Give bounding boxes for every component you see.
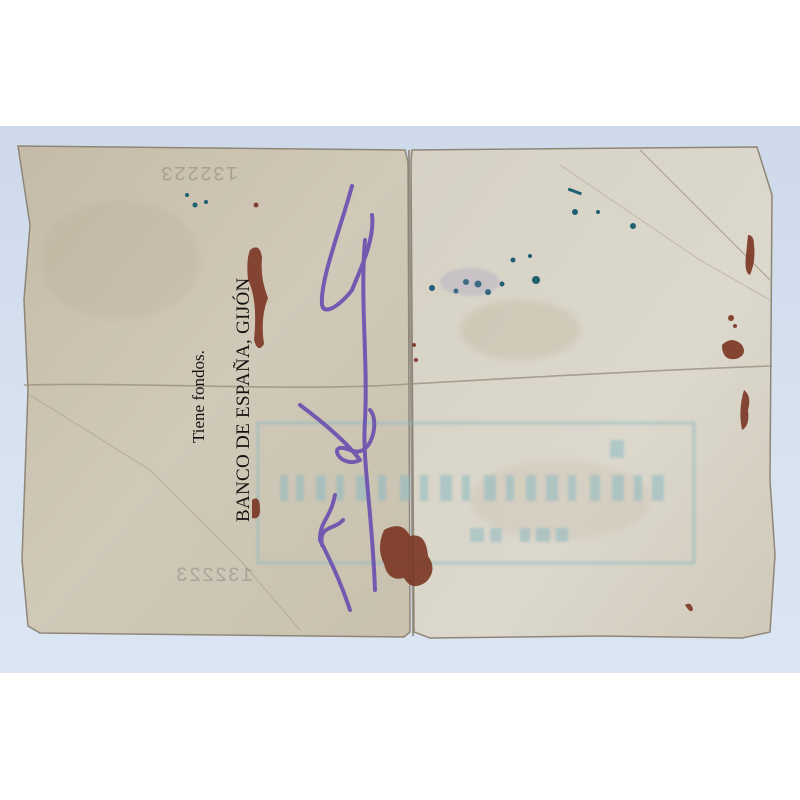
serial-number-bottom: 132223 [175,565,253,588]
banknote: 132223 132223 Tiene fondos. BANCO DE ESP… [0,0,800,800]
serial-number-top: 132223 [160,160,238,183]
tiene-fondos-text: Tiene fondos. [189,350,209,443]
banknote-paper [0,0,800,800]
banco-de-espana-gijon-text: BANCO DE ESPAÑA, GIJÓN [233,278,255,522]
